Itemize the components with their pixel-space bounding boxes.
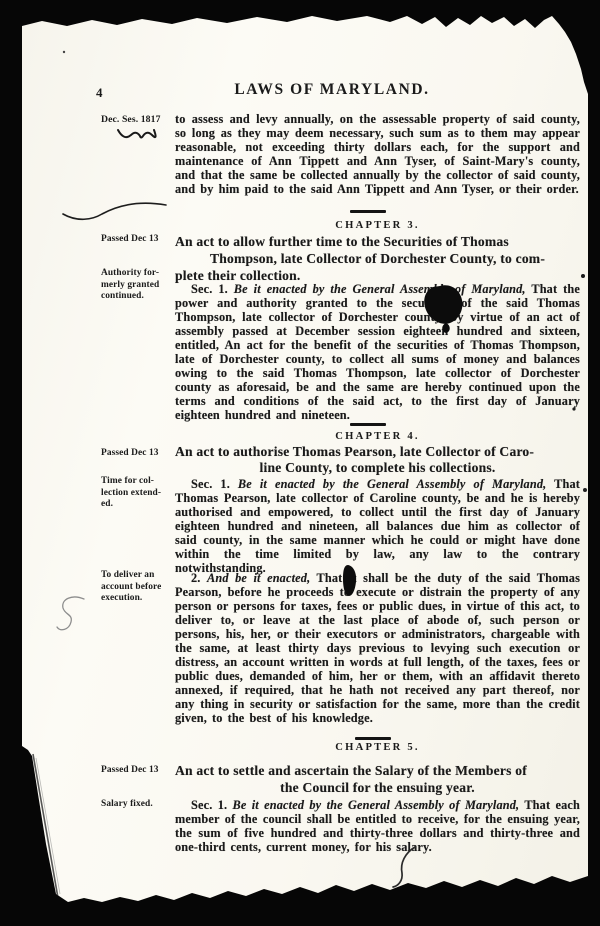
chapter-3-title-line: Thompson, late Collector of Dorchester C… — [175, 250, 580, 267]
chapter-5-label: CHAPTER 5. — [175, 742, 580, 753]
chapter-3-label: CHAPTER 3. — [175, 220, 580, 231]
running-header: LAWS OF MARYLAND. — [152, 81, 512, 99]
section-text: That the power and authority granted to … — [175, 282, 580, 422]
chapter-4-label: CHAPTER 4. — [175, 431, 580, 442]
margin-note-passed-ch3: Passed Dec 13 — [101, 234, 171, 246]
margin-note-passed-ch4: Passed Dec 13 — [101, 448, 171, 460]
margin-note-deliver-account: To deliver an account before execution. — [101, 570, 171, 605]
chapter-3-title-line: An act to allow further time to the Secu… — [175, 233, 580, 250]
chapter-5-title-line: the Council for the ensuing year. — [175, 780, 580, 797]
margin-note-session: Dec. Ses. 1817 — [101, 114, 171, 126]
chapter-3-title: An act to allow further time to the Secu… — [175, 233, 580, 284]
dust-speck — [63, 51, 65, 53]
enacting-clause: Be it enacted by the General Assembly of… — [234, 282, 526, 296]
intro-paragraph: to assess and levy annually, on the asse… — [175, 112, 580, 196]
margin-note-time-extended: Time for col-lection extend-ed. — [101, 476, 171, 511]
chapter-4-section-2: 2. And be it enacted, That it shall be t… — [175, 571, 580, 725]
section-lead: Sec. 1. — [191, 798, 233, 812]
scanned-document: { "colors": { "background": "#060606", "… — [0, 0, 600, 926]
section-lead: 2. — [191, 571, 207, 585]
section-divider — [355, 737, 391, 740]
intro-text: to assess and levy annually, on the asse… — [175, 112, 580, 196]
page-crease-bottom-left — [33, 754, 58, 898]
section-lead: Sec. 1. — [191, 282, 234, 296]
section-lead: Sec. 1. — [191, 477, 238, 491]
book-page: 4 LAWS OF MARYLAND. Dec. Ses. 1817 to as… — [22, 14, 588, 906]
session-brace-mark — [118, 130, 156, 138]
chapter-4-section-1: Sec. 1. Be it enacted by the General Ass… — [175, 477, 580, 575]
chapter-3-section-1: Sec. 1. Be it enacted by the General Ass… — [175, 282, 580, 422]
page-number: 4 — [96, 85, 103, 101]
dust-speck — [583, 488, 587, 492]
margin-note-salary-fixed: Salary fixed. — [101, 799, 171, 811]
dust-speck — [581, 274, 585, 278]
section-text: That Thomas Pearson, late collector of C… — [175, 477, 580, 575]
pen-stroke-top-left — [63, 203, 166, 219]
chapter-4-title: An act to authorise Thomas Pearson, late… — [175, 444, 580, 475]
chapter-4-title-line: An act to authorise Thomas Pearson, late… — [175, 444, 580, 460]
section-divider — [350, 210, 386, 213]
chapter-5-title: An act to settle and ascertain the Salar… — [175, 763, 580, 796]
section-divider — [350, 423, 386, 426]
chapter-5-title-line: An act to settle and ascertain the Salar… — [175, 763, 580, 780]
pencil-squiggle-left — [57, 597, 84, 630]
enacting-clause: And be it enacted, — [207, 571, 310, 585]
page-crease-bottom-left — [36, 758, 60, 894]
enacting-clause: Be it enacted by the General Assembly of… — [233, 798, 520, 812]
chapter-5-section-1: Sec. 1. Be it enacted by the General Ass… — [175, 798, 580, 854]
margin-note-passed-ch5: Passed Dec 13 — [101, 765, 171, 777]
section-text: That it shall be the duty of the said Th… — [175, 571, 580, 725]
chapter-4-title-line: line County, to complete his collections… — [175, 460, 580, 476]
enacting-clause: Be it enacted by the General Assembly of… — [238, 477, 546, 491]
margin-note-authority: Authority for-merly granted continued. — [101, 268, 171, 303]
